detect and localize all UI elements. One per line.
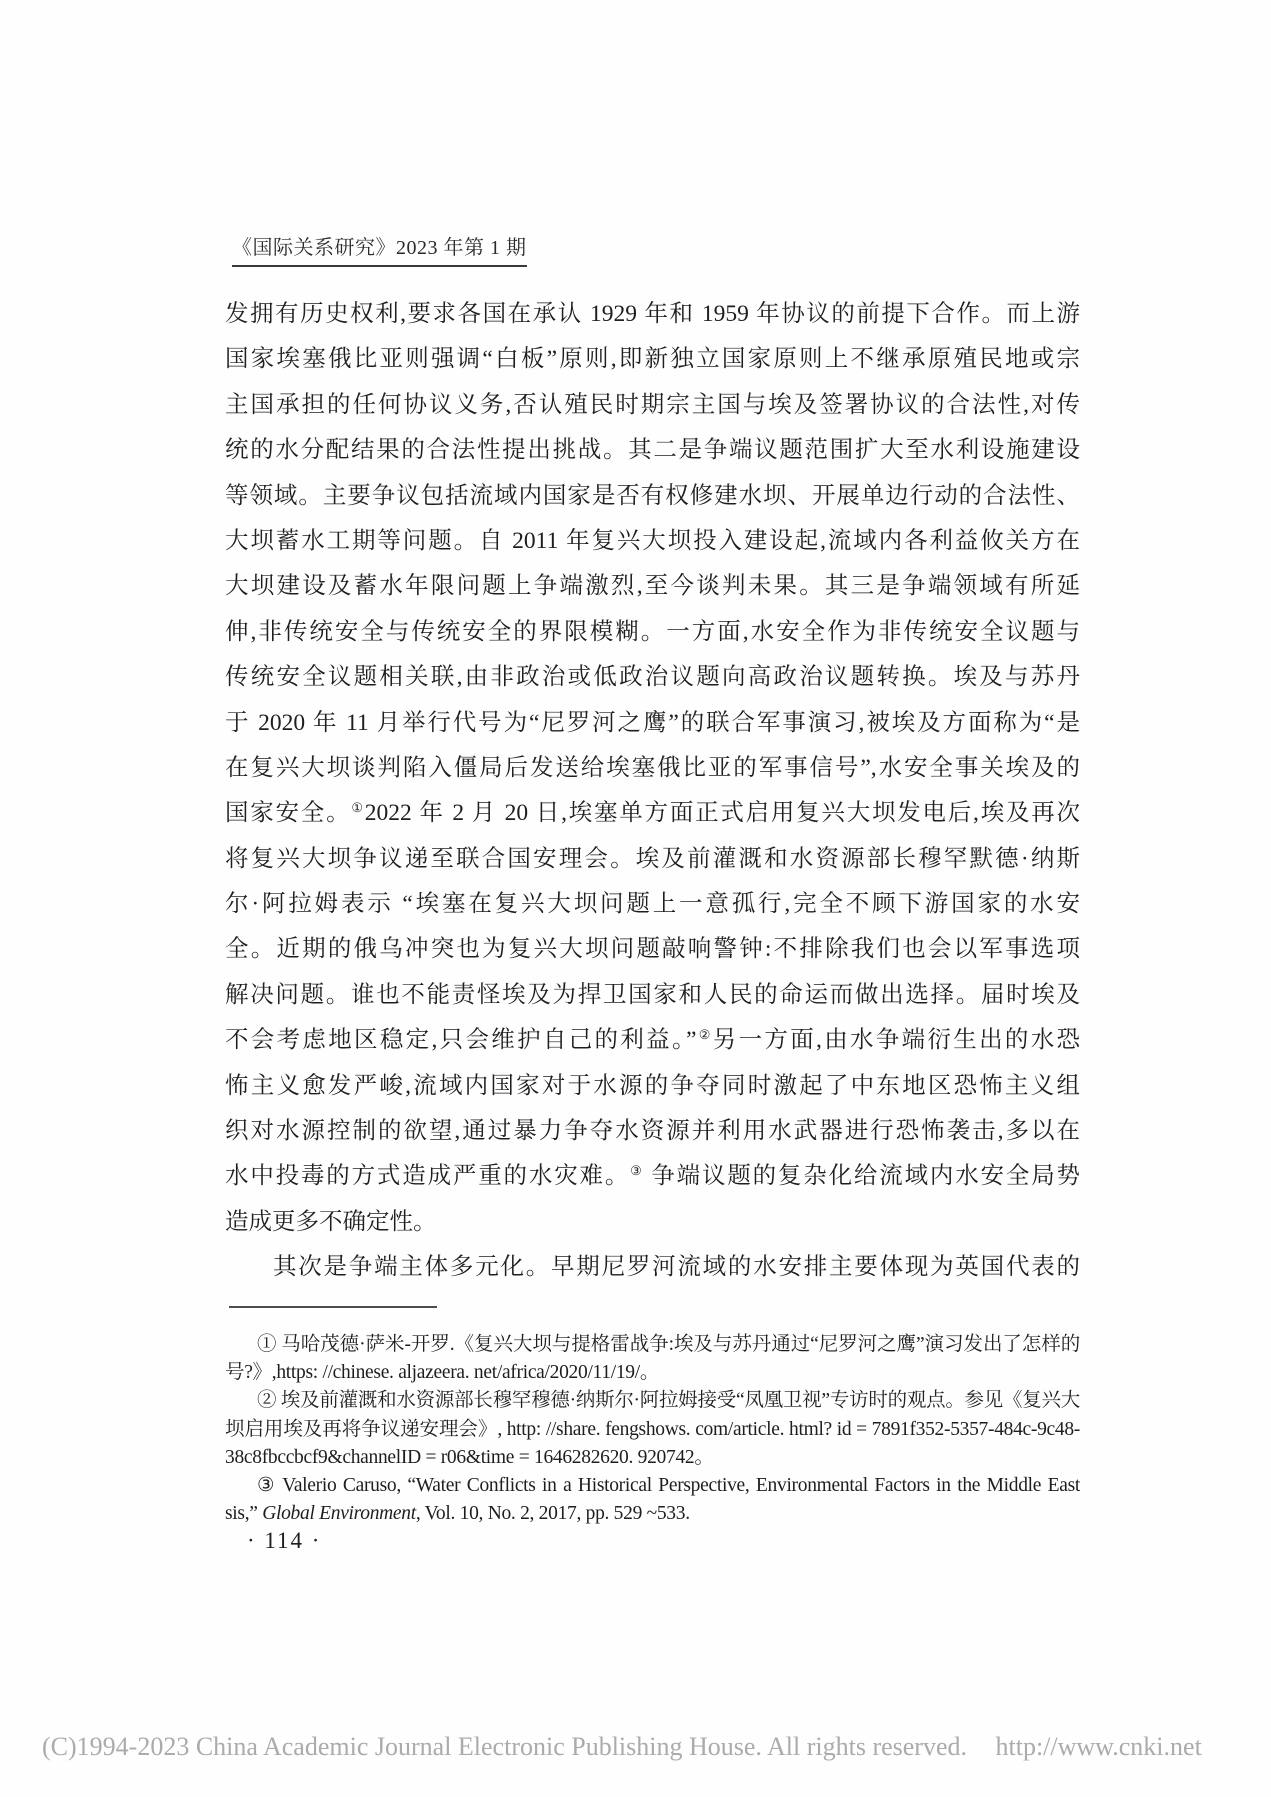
body-text-line: 不会考虑地区稳定,只会维护自己的利益。”②另一方面,由水争端衍生出的水恐	[225, 1018, 1080, 1063]
body-lines: 发拥有历史权利,要求各国在承认 1929 年和 1959 年协议的前提下合作。而…	[225, 292, 1080, 1291]
footnote-ref-marker: ③	[630, 1163, 643, 1178]
footnote-text: ③ Valerio Caruso, “Water Conflicts in a …	[225, 1475, 1080, 1500]
footnote-line: ② 埃及前灌溉和水资源部长穆罕穆德·纳斯尔·阿拉姆接受“凤凰卫视”专访时的观点。…	[225, 1387, 1080, 1415]
journal-header: 《国际关系研究》2023 年第 1 期	[232, 231, 527, 267]
copyright-notice: (C)1994-2023 China Academic Journal Elec…	[42, 1732, 967, 1761]
body-text-line: 于 2020 年 11 月举行代号为“尼罗河之鹰”的联合军事演习,被埃及方面称为…	[225, 701, 1080, 746]
body-text-line: 国家安全。①2022 年 2 月 20 日,埃塞单方面正式启用复兴大坝发电后,埃…	[225, 791, 1080, 836]
footnote-text: 号?》,https: //chinese. aljazeera. net/afr…	[225, 1362, 659, 1383]
footnote-text: 坝启用埃及再将争议递安理会》, http: //share. fengshows…	[225, 1419, 1080, 1440]
footnote-text: sis,”	[225, 1503, 262, 1524]
footnote-text: ② 埃及前灌溉和水资源部长穆罕穆德·纳斯尔·阿拉姆接受“凤凰卫视”专访时的观点。…	[257, 1390, 1080, 1411]
body-text-line: 国家埃塞俄比亚则强调“白板”原则,即新独立国家原则上不继承原殖民地或宗	[225, 337, 1080, 382]
copyright-bar: (C)1994-2023 China Academic Journal Elec…	[42, 1732, 1202, 1762]
footnote-line: 38c8fbccbcf9&channelID = r06&time = 1646…	[225, 1444, 1080, 1472]
footnote-ref-marker: ①	[351, 800, 364, 815]
body-text-line: 大坝建设及蓄水年限问题上争端激烈,至今谈判未果。其三是争端领域有所延	[225, 564, 1080, 609]
footnote-text: ① 马哈茂德·萨米-开罗.《复兴大坝与提格雷战争:埃及与苏丹通过“尼罗河之鹰”演…	[225, 1334, 1080, 1359]
footnote-separator	[229, 1306, 437, 1308]
body-text-line: 大坝蓄水工期等问题。自 2011 年复兴大坝投入建设起,流域内各利益攸关方在	[225, 519, 1080, 564]
body-text-line: 主国承担的任何协议义务,否认殖民时期宗主国与埃及签署协议的合法性,对传	[225, 383, 1080, 428]
body-text-line: 发拥有历史权利,要求各国在承认 1929 年和 1959 年协议的前提下合作。而…	[225, 292, 1080, 337]
body-text-line: 尔·阿拉姆表示 “埃塞在复兴大坝问题上一意孤行,完全不顾下游国家的水安	[225, 882, 1080, 927]
footnote-ref-marker: ②	[696, 1027, 712, 1042]
page-number: · 114 ·	[247, 1528, 321, 1554]
footnote-line: ① 马哈茂德·萨米-开罗.《复兴大坝与提格雷战争:埃及与苏丹通过“尼罗河之鹰”演…	[225, 1331, 1080, 1359]
body-text-line: 传统安全议题相关联,由非政治或低政治议题向高政治议题转换。埃及与苏丹	[225, 655, 1080, 700]
body-text-line: 织对水源控制的欲望,通过暴力争夺水资源并利用水武器进行恐怖袭击,多以在	[225, 1109, 1080, 1154]
body-text-line: 其次是争端主体多元化。早期尼罗河流域的水安排主要体现为英国代表的	[225, 1245, 1080, 1290]
footnote-text: , Vol. 10, No. 2, 2017, pp. 529 ~533.	[416, 1503, 690, 1524]
footnote-line: 坝启用埃及再将争议递安理会》, http: //share. fengshows…	[225, 1416, 1080, 1444]
body-text-line: 水中投毒的方式造成严重的水灾难。③ 争端议题的复杂化给流域内水安全局势	[225, 1154, 1080, 1199]
copyright-url: http://www.cnki.net	[996, 1732, 1202, 1761]
footnote-italic-text: Global Environment	[262, 1503, 416, 1524]
footnote-lines: ① 马哈茂德·萨米-开罗.《复兴大坝与提格雷战争:埃及与苏丹通过“尼罗河之鹰”演…	[225, 1331, 1080, 1528]
footnote-text: 38c8fbccbcf9&channelID = r06&time = 1646…	[225, 1447, 714, 1468]
body-text-line: 解决问题。谁也不能责怪埃及为捍卫国家和人民的命运而做出选择。届时埃及	[225, 973, 1080, 1018]
body-text-line: 等领域。主要争议包括流域内国家是否有权修建水坝、开展单边行动的合法性、	[225, 474, 1080, 519]
body-text-line: 伸,非传统安全与传统安全的界限模糊。一方面,水安全作为非传统安全议题与	[225, 610, 1080, 655]
body-text-line: 统的水分配结果的合法性提出挑战。其二是争端议题范围扩大至水利设施建设	[225, 428, 1080, 473]
body-text-line: 造成更多不确定性。	[225, 1200, 1080, 1245]
body-text-line: 怖主义愈发严峻,流域内国家对于水源的争夺同时激起了中东地区恐怖主义组	[225, 1064, 1080, 1109]
footnote-line: ③ Valerio Caruso, “Water Conflicts in a …	[225, 1472, 1080, 1500]
page-root: { "page": { "header": "《国际关系研究》2023 年第 1…	[0, 0, 1271, 1797]
footnote-line: 号?》,https: //chinese. aljazeera. net/afr…	[225, 1359, 1080, 1387]
body-text-line: 在复兴大坝谈判陷入僵局后发送给埃塞俄比亚的军事信号”,水安全事关埃及的	[225, 746, 1080, 791]
body-text-line: 全。近期的俄乌冲突也为复兴大坝问题敲响警钟:不排除我们也会以军事选项	[225, 927, 1080, 972]
body-text-line: 将复兴大坝争议递至联合国安理会。埃及前灌溉和水资源部长穆罕默德·纳斯	[225, 837, 1080, 882]
footnote-line: sis,” Global Environment, Vol. 10, No. 2…	[225, 1500, 1080, 1528]
